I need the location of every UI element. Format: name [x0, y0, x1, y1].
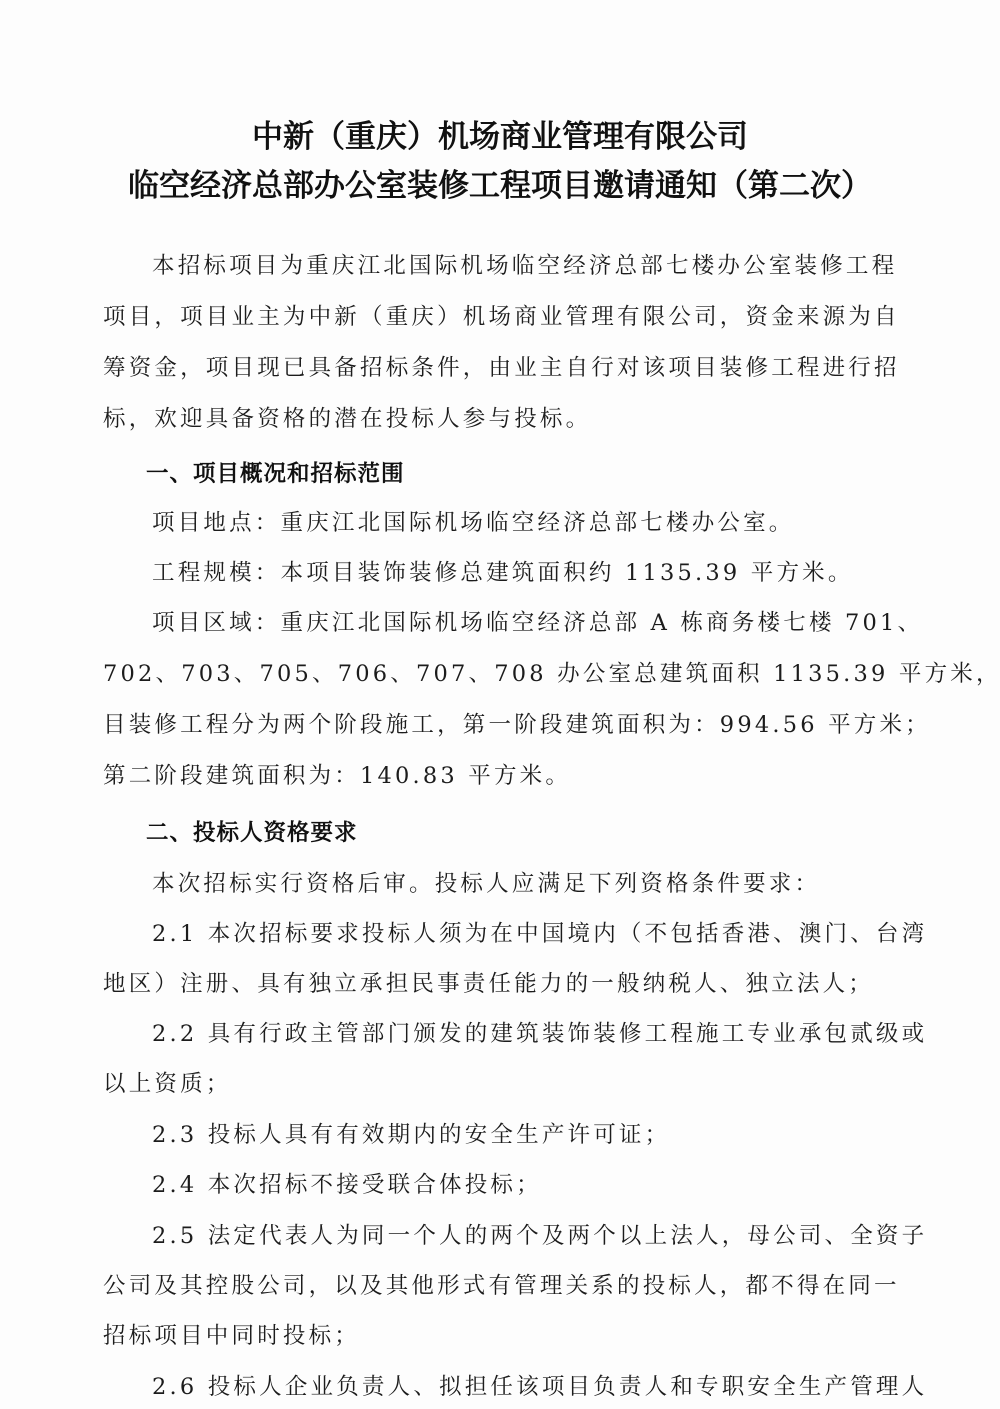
document-title-company: 中新（重庆）机场商业管理有限公司 — [0, 111, 1000, 156]
section1-line: 项目区域：重庆江北国际机场临空经济总部 A 栋商务楼七楼 701、 — [152, 605, 923, 637]
section2-line: 招标项目中同时投标； — [103, 1318, 360, 1350]
intro-line: 标，欢迎具备资格的潜在投标人参与投标。 — [103, 401, 591, 433]
section-heading-bidder-qualifications: 二、投标人资格要求 — [146, 815, 358, 847]
document-title-notice: 临空经济总部办公室装修工程项目邀请通知（第二次） — [0, 160, 1000, 205]
document-page: 中新（重庆）机场商业管理有限公司 临空经济总部办公室装修工程项目邀请通知（第二次… — [0, 0, 1000, 1409]
section2-line: 以上资质； — [103, 1066, 232, 1098]
section1-line: 项目地点：重庆江北国际机场临空经济总部七楼办公室。 — [152, 505, 795, 537]
section2-line: 2.4 本次招标不接受联合体投标； — [152, 1167, 542, 1199]
section2-line: 2.2 具有行政主管部门颁发的建筑装饰装修工程施工专业承包贰级或 — [152, 1016, 927, 1048]
intro-line: 项目，项目业主为中新（重庆）机场商业管理有限公司，资金来源为自 — [103, 299, 900, 331]
section2-line: 2.6 投标人企业负责人、拟担任该项目负责人和专职安全生产管理人 — [152, 1369, 927, 1401]
section1-line: 第二阶段建筑面积为：140.83 平方米。 — [103, 758, 571, 790]
section2-line: 2.3 投标人具有有效期内的安全生产许可证； — [152, 1117, 670, 1149]
section2-line: 2.1 本次招标要求投标人须为在中国境内（不包括香港、澳门、台湾 — [152, 916, 927, 948]
section2-line: 2.5 法定代表人为同一个人的两个及两个以上法人，母公司、全资子 — [152, 1218, 927, 1250]
section2-line: 地区）注册、具有独立承担民事责任能力的一般纳税人、独立法人； — [103, 966, 874, 998]
section1-line: 工程规模：本项目装饰装修总建筑面积约 1135.39 平方米。 — [152, 555, 854, 587]
section2-line: 本次招标实行资格后审。投标人应满足下列资格条件要求： — [152, 866, 820, 898]
section1-line: 702、703、705、706、707、708 办公室总建筑面积 1135.39… — [103, 656, 1000, 688]
intro-line: 本招标项目为重庆江北国际机场临空经济总部七楼办公室装修工程 — [152, 248, 897, 280]
section1-line: 目装修工程分为两个阶段施工，第一阶段建筑面积为：994.56 平方米； — [103, 707, 931, 739]
section2-line: 公司及其控股公司，以及其他形式有管理关系的投标人，都不得在同一 — [103, 1268, 900, 1300]
section-heading-project-overview: 一、项目概况和招标范围 — [146, 456, 405, 488]
intro-line: 筹资金，项目现已具备招标条件，由业主自行对该项目装修工程进行招 — [103, 350, 900, 382]
